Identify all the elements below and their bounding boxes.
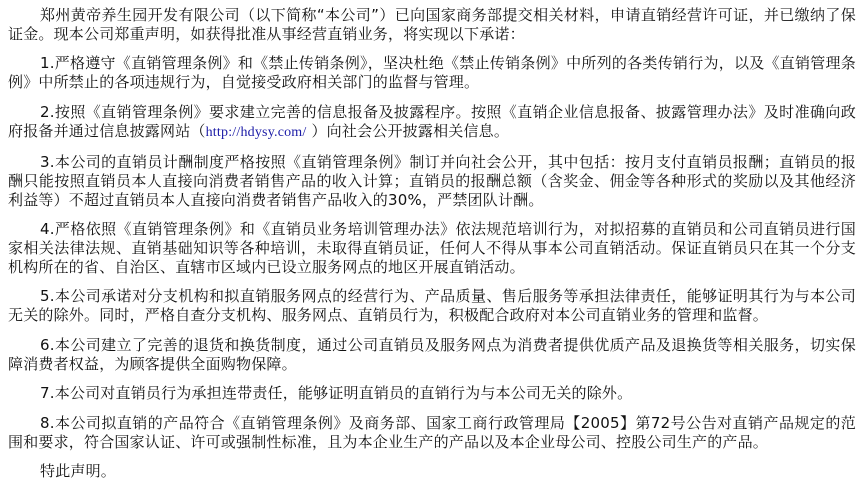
declaration-document: 郑州黄帝养生园开发有限公司（以下简称“本公司”）已向国家商务部提交相关材料，申请…: [8, 6, 856, 491]
commitment-4: 4.严格依照《直销管理条例》和《直销员业务培训管理办法》依法规范培训行为，对拟招…: [8, 220, 856, 276]
commitment-2-text-after: ）向社会公开披露相关信息。: [307, 122, 510, 140]
commitment-7: 7.本公司对直销员行为承担连带责任，能够证明直销员的直销行为与本公司无关的除外。: [8, 384, 856, 403]
commitment-2: 2.按照《直销管理条例》要求建立完善的信息报备及披露程序。按照《直销企业信息报备…: [8, 103, 856, 142]
closing-statement: 特此声明。: [8, 462, 856, 481]
disclosure-website-link[interactable]: http://hdysy.com/: [206, 125, 307, 140]
intro-paragraph: 郑州黄帝养生园开发有限公司（以下简称“本公司”）已向国家商务部提交相关材料，申请…: [8, 6, 856, 43]
commitment-1: 1.严格遵守《直销管理条例》和《禁止传销条例》，坚决杜绝《禁止传销条例》中所列的…: [8, 54, 856, 91]
commitment-5: 5.本公司承诺对分支机构和拟直销服务网点的经营行为、产品质量、售后服务等承担法律…: [8, 287, 856, 324]
commitment-8: 8.本公司拟直销的产品符合《直销管理条例》及商务部、国家工商行政管理局【2005…: [8, 414, 856, 451]
commitment-3: 3.本公司的直销员计酬制度严格按照《直销管理条例》制订并向社会公开，其中包括：按…: [8, 153, 856, 209]
commitment-6: 6.本公司建立了完善的退货和换货制度，通过公司直销员及服务网点为消费者提供优质产…: [8, 336, 856, 373]
